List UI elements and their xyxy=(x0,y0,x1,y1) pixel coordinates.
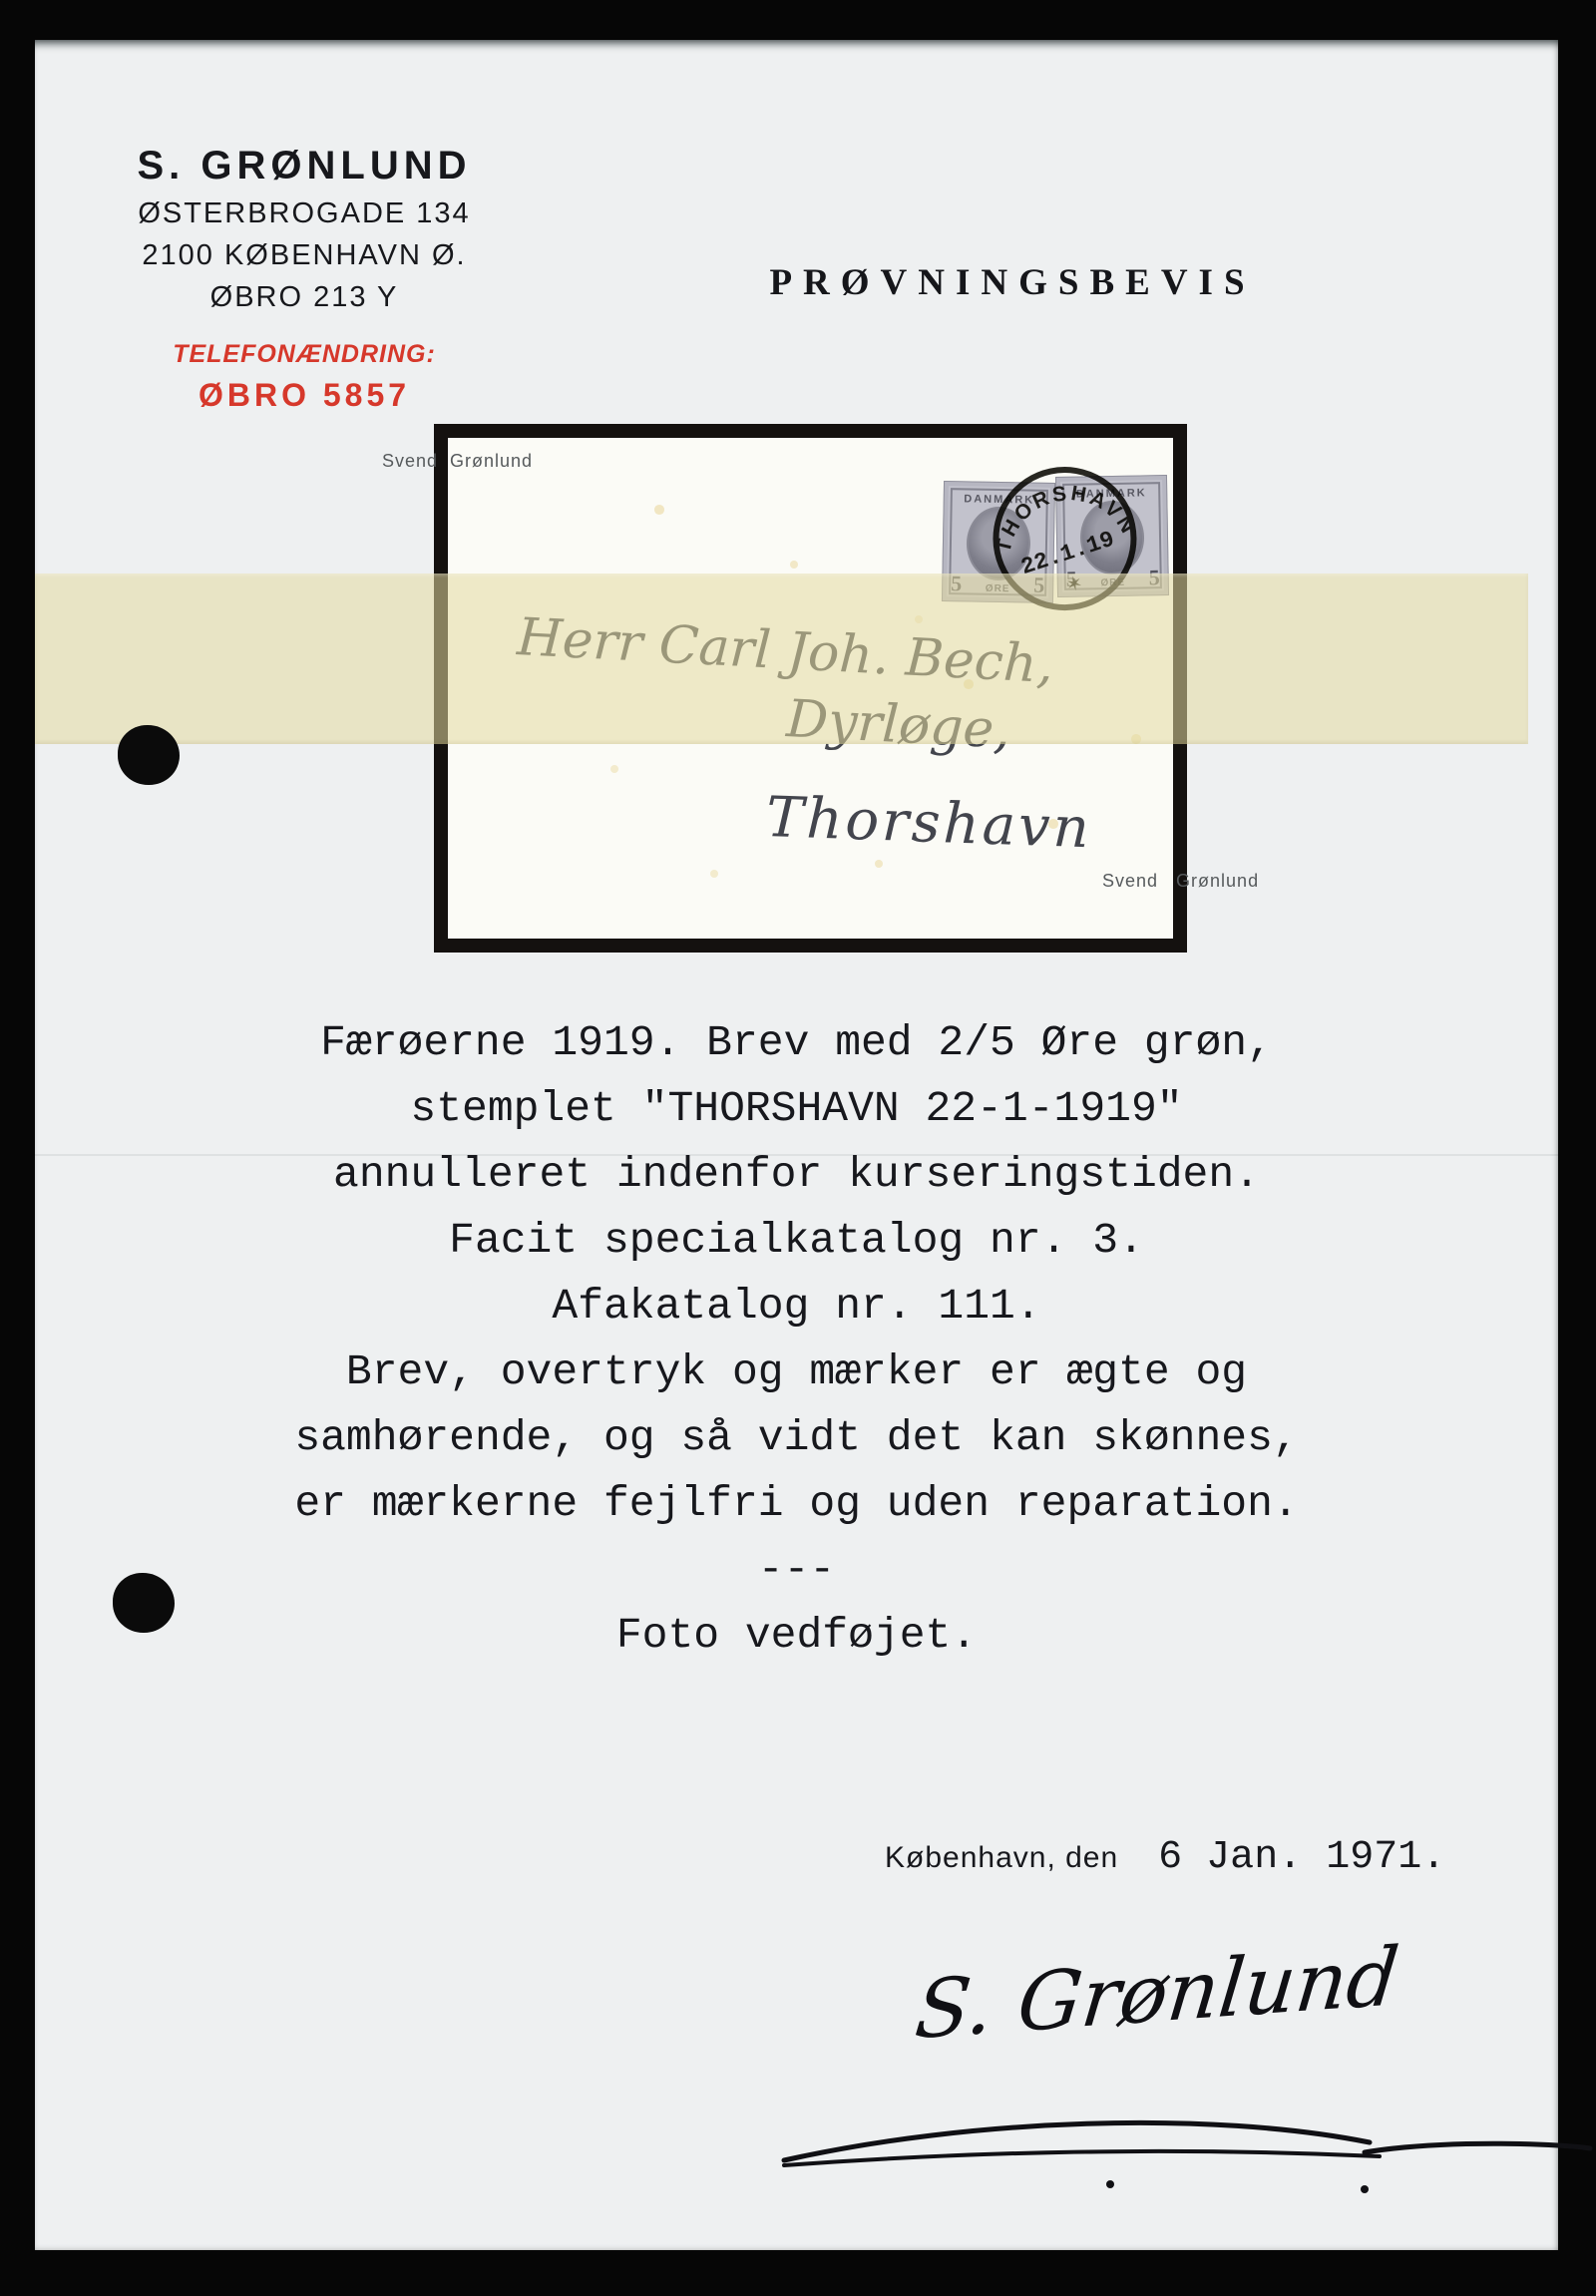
typed-divider: --- xyxy=(35,1537,1558,1603)
dateline: København, den 6 Jan. 1971. xyxy=(885,1835,1445,1880)
letterhead-city: 2100 KØBENHAVN Ø. xyxy=(105,239,504,272)
expert-watermark-top: Svend Grønlund xyxy=(382,451,533,472)
postmark-date-label: 22.1.19 xyxy=(1017,526,1117,580)
letterhead-phone: ØBRO 213 Y xyxy=(105,281,504,314)
certificate-line: Afakatalog nr. 111. xyxy=(35,1274,1558,1339)
punch-hole-bottom xyxy=(113,1573,175,1633)
letterhead-street: ØSTERBROGADE 134 xyxy=(105,197,504,230)
signature: S. Grønlund xyxy=(824,1924,1490,2064)
certificate-line: Facit specialkatalog nr. 3. xyxy=(35,1208,1558,1274)
certificate-line: Foto vedføjet. xyxy=(35,1603,1558,1669)
letterhead: S. GRØNLUND ØSTERBROGADE 134 2100 KØBENH… xyxy=(105,144,504,414)
paper-sheet: S. GRØNLUND ØSTERBROGADE 134 2100 KØBENH… xyxy=(35,40,1558,2250)
signature-flourish xyxy=(781,2093,1593,2207)
certificate-line: annulleret indenfor kurseringstiden. xyxy=(35,1142,1558,1208)
certificate-line: er mærkerne fejlfri og uden reparation. xyxy=(35,1471,1558,1537)
letterhead-name: S. GRØNLUND xyxy=(105,144,504,189)
scanned-certificate: S. GRØNLUND ØSTERBROGADE 134 2100 KØBENH… xyxy=(0,0,1596,2296)
certificate-line: Færøerne 1919. Brev med 2/5 Øre grøn, xyxy=(35,1010,1558,1076)
certificate-line: stemplet "THORSHAVN 22-1-1919" xyxy=(35,1076,1558,1142)
foxing-speckles xyxy=(448,438,452,442)
expert-watermark-bottom: Svend Grønlund xyxy=(1102,871,1259,892)
dateline-place: København, den xyxy=(885,1841,1118,1875)
tape-strip xyxy=(35,574,1528,744)
certificate-line: Brev, overtryk og mærker er ægte og xyxy=(35,1339,1558,1405)
certificate-line: samhørende, og så vidt det kan skønnes, xyxy=(35,1405,1558,1471)
phone-change-number: ØBRO 5857 xyxy=(105,377,504,414)
document-title: PRØVNINGSBEVIS xyxy=(633,261,1392,304)
punch-hole-top xyxy=(118,725,180,785)
certificate-text: Færøerne 1919. Brev med 2/5 Øre grøn, st… xyxy=(35,1010,1558,1669)
phone-change-label: TELEFONÆNDRING: xyxy=(105,340,504,369)
handwritten-town: Thorshavn xyxy=(765,785,1093,861)
dateline-date: 6 Jan. 1971. xyxy=(1158,1835,1445,1880)
